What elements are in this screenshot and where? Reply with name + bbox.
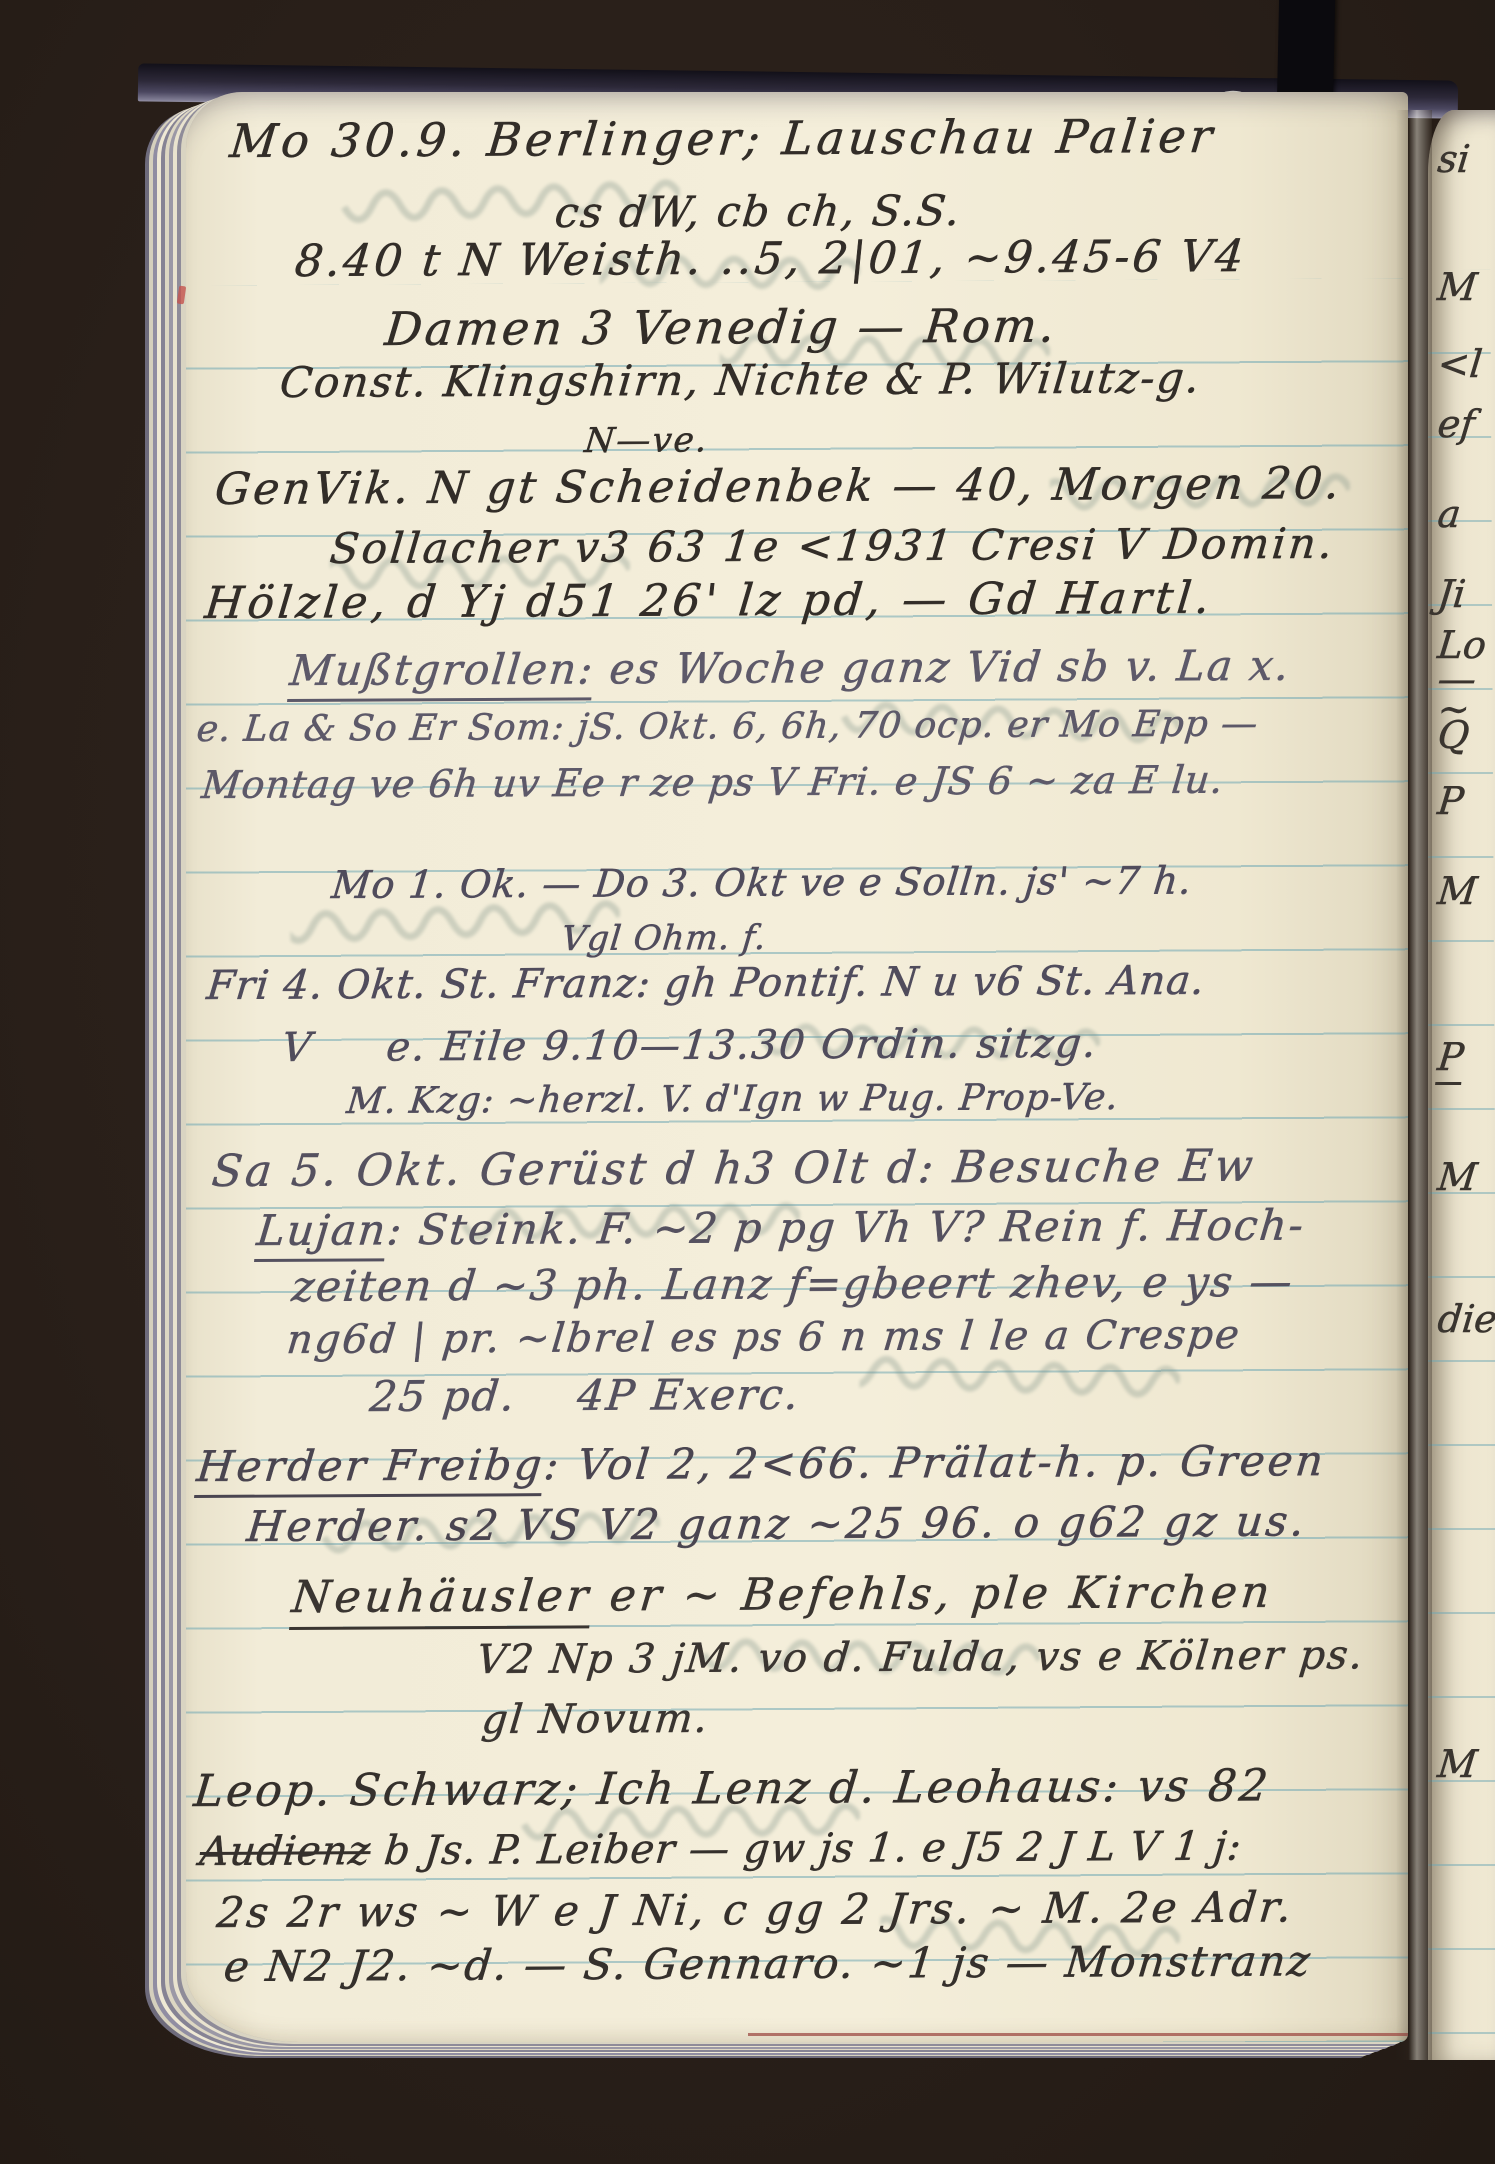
handwritten-fragment: M (1436, 1158, 1479, 1196)
handwritten-line: Leop. Schwarz; Ich Lenz d. Leohaus: vs 8… (192, 1764, 1273, 1814)
handwritten-line: GenVik. N gt Scheidenbek — 40, Morgen 20… (213, 462, 1344, 512)
handwritten-line: Mo 1. Ok. — Do 3. Okt ve e Solln. js' ~7… (330, 861, 1194, 904)
handwritten-fragment: die (1436, 1300, 1495, 1338)
handwritten-line: Montag ve 6h uv Ee r ze ps V Fri. e JS 6… (200, 761, 1225, 804)
handwritten-fragment: Ji (1436, 575, 1467, 613)
handwritten-line: Hölzle, d Yj d51 26' lz pd, — Gd Hartl. (203, 577, 1215, 626)
handwritten-fragment: P (1436, 1038, 1466, 1076)
handwritten-line: Mußtgrollen: es Woche ganz Vid sb v. La … (288, 645, 1293, 692)
handwritten-line: Sa 5. Okt. Gerüst d h3 Olt d: Besuche Ew (210, 1145, 1258, 1194)
handwritten-line: Herder. s2 VS V2 ganz ~25 96. o g62 gz u… (245, 1500, 1309, 1548)
handwritten-line: 25 pd. 4P Exerc. (368, 1374, 802, 1418)
handwritten-line: Neuhäusler er ~ Befehls, ple Kirchen (290, 1571, 1276, 1620)
handwritten-line: Damen 3 Venedig — Rom. (383, 302, 1060, 352)
handwriting-layer: Mo 30.9. Berlinger; Lauschau Paliercs dW… (0, 0, 1495, 2164)
handwritten-line: V2 Np 3 jM. vo d. Fulda, vs e Kölner ps. (475, 1635, 1366, 1680)
handwritten-fragment: P (1436, 782, 1466, 820)
handwritten-line: Vgl Ohm. f. (560, 921, 768, 956)
handwritten-line: Herder Freibg: Vol 2, 2<66. Prälat-h. p.… (195, 1440, 1328, 1488)
handwritten-line: Lujan: Steink. F. ~2 p pg Vh V? Rein f. … (255, 1205, 1307, 1252)
handwritten-line: Fri 4. Okt. St. Franz: gh Pontif. N u v6… (205, 961, 1207, 1006)
handwritten-line: e N2 J2. ~d. — S. Gennaro. ~1 js — Monst… (222, 1940, 1314, 1988)
handwritten-line: V e. Eile 9.10—13.30 Ordin. sitzg. (280, 1024, 1100, 1068)
handwritten-fragment: si (1436, 140, 1472, 178)
handwritten-fragment: M (1436, 268, 1479, 306)
handwritten-line: M. Kzg: ~herzl. V. d'Ign w Pug. Prop-Ve. (345, 1080, 1121, 1120)
handwritten-fragment: Q (1436, 716, 1471, 754)
handwritten-line: Const. Klingshirn, Nichte & P. Wilutz-g. (278, 357, 1203, 404)
handwritten-line: 8.40 t N Weisth. ..5, 2|01, ~9.45-6 V4 (293, 235, 1249, 284)
handwritten-fragment: ef (1436, 405, 1477, 443)
handwritten-line: Mo 30.9. Berlinger; Lauschau Palier (228, 113, 1218, 164)
handwritten-line: gl Novum. (480, 1699, 711, 1740)
handwritten-fragment: a (1436, 495, 1463, 533)
handwritten-line: cs dW, cb ch, S.S. (553, 190, 964, 234)
handwritten-fragment: <l (1436, 345, 1484, 383)
notebook-photo: Mo 30.9. Berlinger; Lauschau Paliercs dW… (0, 0, 1495, 2164)
handwritten-line: ng6d | pr. ~lbrel es ps 6 n ms l le a Cr… (285, 1315, 1243, 1360)
handwritten-line: e. La & So Er Som: jS. Okt. 6, 6h, 70 oc… (195, 706, 1260, 748)
handwritten-fragment: M (1436, 872, 1479, 910)
handwritten-line: Audienz b Js. P. Leiber — gw js 1. e J5 … (198, 1827, 1244, 1872)
handwritten-line: 2s 2r ws ~ W e J Ni, c gg 2 Jrs. ~ M. 2e… (215, 1886, 1296, 1934)
handwritten-fragment: M (1436, 1745, 1479, 1783)
handwritten-line: Sollacher v3 63 1e <1931 Cresi V Domin. (328, 523, 1337, 570)
handwritten-line: zeiten d ~3 ph. Lanz f=gbeert zhev, e ys… (290, 1261, 1296, 1308)
handwritten-line: N—ve. (583, 423, 710, 458)
